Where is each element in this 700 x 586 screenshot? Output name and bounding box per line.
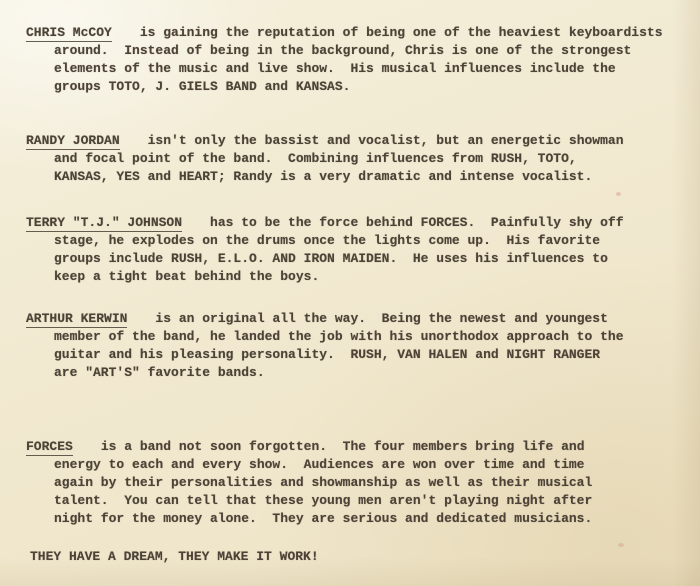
bio-line: member of the band, he landed the job wi… [54, 328, 700, 346]
closing-line: THEY HAVE A DREAM, THEY MAKE IT WORK! [30, 548, 700, 566]
bio-line: around. Instead of being in the backgrou… [54, 42, 700, 60]
member-name: CHRIS McCOY [26, 25, 112, 42]
member-name: ARTHUR KERWIN [26, 311, 127, 328]
bio-paragraph: RANDY JORDANisn't only the bassist and v… [26, 132, 700, 186]
bio-line: energy to each and every show. Audiences… [54, 456, 700, 474]
typewritten-page: CHRIS McCOYis gaining the reputation of … [0, 0, 700, 586]
member-name: RANDY JORDAN [26, 133, 120, 150]
bio-text-first-line: is an original all the way. Being the ne… [155, 311, 607, 326]
bio-text-first-line: has to be the force behind FORCES. Painf… [210, 215, 623, 230]
bio-text-first-line: isn't only the bassist and vocalist, but… [148, 133, 624, 148]
bio-line: are "ART'S" favorite bands. [54, 364, 700, 382]
paper-speck [618, 543, 624, 547]
member-name: FORCES [26, 439, 73, 456]
bio-line: again by their personalities and showman… [54, 474, 700, 492]
bio-text-first-line: is a band not soon forgotten. The four m… [101, 439, 585, 454]
bio-paragraph: FORCESis a band not soon forgotten. The … [26, 438, 700, 528]
bio-line: night for the money alone. They are seri… [54, 510, 700, 528]
bio-line: KANSAS, YES and HEART; Randy is a very d… [54, 168, 700, 186]
bio-line: stage, he explodes on the drums once the… [54, 232, 700, 250]
bio-line: groups include RUSH, E.L.O. AND IRON MAI… [54, 250, 700, 268]
bio-line: talent. You can tell that these young me… [54, 492, 700, 510]
member-name: TERRY "T.J." JOHNSON [26, 215, 182, 232]
bio-line: keep a tight beat behind the boys. [54, 268, 700, 286]
bio-line: guitar and his pleasing personality. RUS… [54, 346, 700, 364]
bio-text-first-line: is gaining the reputation of being one o… [140, 25, 663, 40]
bio-paragraph: CHRIS McCOYis gaining the reputation of … [26, 24, 700, 96]
band-bios-section: CHRIS McCOYis gaining the reputation of … [26, 24, 700, 528]
bio-paragraph: TERRY "T.J." JOHNSONhas to be the force … [26, 214, 700, 286]
bio-paragraph: ARTHUR KERWINis an original all the way.… [26, 310, 700, 382]
bio-line: groups TOTO, J. GIELS BAND and KANSAS. [54, 78, 700, 96]
bio-line: elements of the music and live show. His… [54, 60, 700, 78]
paper-speck [616, 192, 621, 196]
bio-line: and focal point of the band. Combining i… [54, 150, 700, 168]
